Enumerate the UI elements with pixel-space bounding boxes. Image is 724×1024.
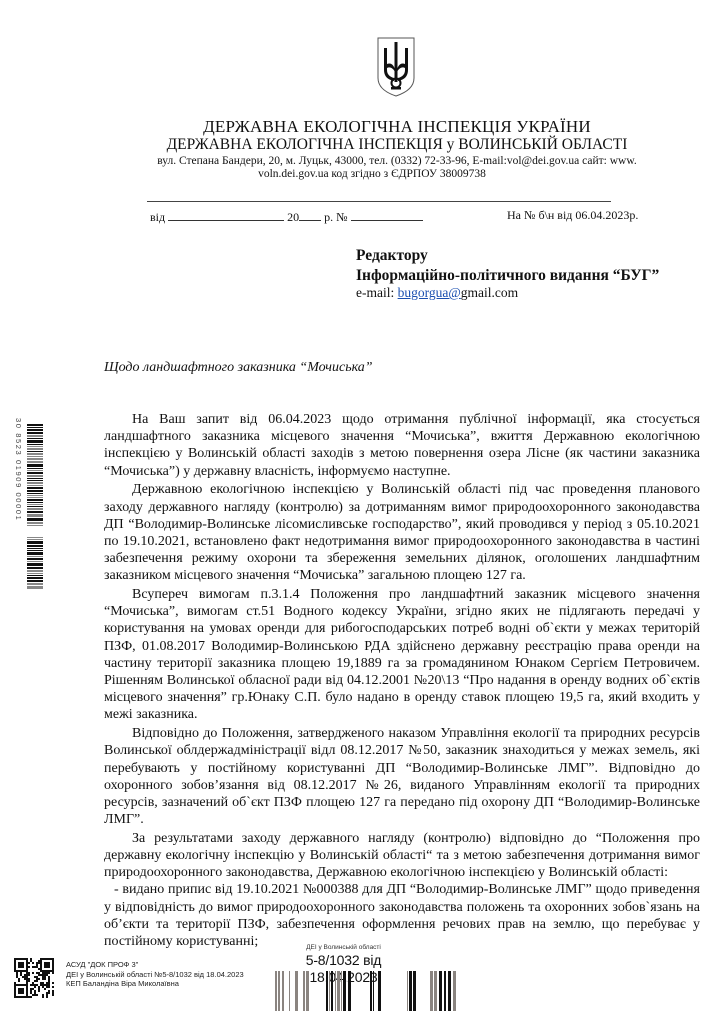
letter-body: На Ваш запит від 06.04.2023 щодо отриман… [104, 411, 700, 950]
side-barcode: 30 8523 01909 00001 [14, 418, 44, 598]
recipient-title: Редактору [356, 246, 659, 266]
email-link[interactable]: bugorgua@ [398, 285, 461, 300]
letter-subject: Щодо ландшафтного заказника “Мочиська” [104, 360, 373, 376]
outgoing-reference: від 20 р. № [150, 208, 423, 225]
body-paragraph: Державною екологічною інспекцією у Волин… [104, 481, 700, 584]
number-label: р. № [324, 210, 347, 224]
registration-stamp: ДЕІ у Волинській області 5-8/1032 від 18… [271, 944, 416, 974]
qr-code-icon [14, 958, 54, 998]
year-blank [299, 208, 321, 221]
body-paragraph: Всупереч вимогам п.3.1.4 Положення про л… [104, 586, 700, 724]
recipient-email: e-mail: bugorgua@gmail.com [356, 285, 518, 301]
org-address-line1: вул. Степана Бандери, 20, м. Луцьк, 4300… [0, 155, 724, 167]
body-paragraph: На Ваш запит від 06.04.2023 щодо отриман… [104, 411, 700, 480]
e-signature-info: АСУД "ДОК ПРОФ 3" ДЕІ у Волинській облас… [66, 960, 244, 989]
esign-system: АСУД "ДОК ПРОФ 3" [66, 960, 244, 970]
year-prefix: 20 [287, 210, 299, 224]
reply-reference: На № б\н від 06.04.2023р. [507, 208, 638, 223]
recipient-block: Редактору Інформаційно-політичного видан… [356, 246, 659, 286]
esign-registration: ДЕІ у Волинській області №5-8/1032 від 1… [66, 970, 244, 980]
number-blank [351, 208, 423, 221]
trident-coat-of-arms-icon [372, 34, 420, 98]
from-label: від [150, 210, 165, 224]
stamp-org: ДЕІ у Волинській області [271, 944, 416, 952]
esign-signer: КЕП Баландіна Віра Миколаївна [66, 979, 244, 989]
org-regional-title: ДЕРЖАВНА ЕКОЛОГІЧНА ІНСПЕКЦІЯ у ВОЛИНСЬК… [0, 136, 724, 154]
registration-barcode [275, 971, 460, 1011]
svg-text:30 8523 01909 00001: 30 8523 01909 00001 [14, 418, 23, 521]
body-list-item: - видано припис від 19.10.2021 №000388 д… [104, 881, 700, 950]
recipient-organization: Інформаційно-політичного видання “БУГ” [356, 266, 659, 286]
body-paragraph: За результатами заходу державного нагляд… [104, 830, 700, 882]
email-label: e-mail: [356, 285, 398, 300]
org-national-title: ДЕРЖАВНА ЕКОЛОГІЧНА ІНСПЕКЦІЯ УКРАЇНИ [0, 117, 724, 137]
body-paragraph: Відповідно до Положення, затвердженого н… [104, 725, 700, 828]
letterhead-divider [147, 201, 611, 202]
email-domain: gmail.com [461, 285, 518, 300]
date-blank [168, 208, 284, 221]
org-address-line2: voln.dei.gov.ua код згідно з ЄДРПОУ 3800… [0, 168, 724, 180]
